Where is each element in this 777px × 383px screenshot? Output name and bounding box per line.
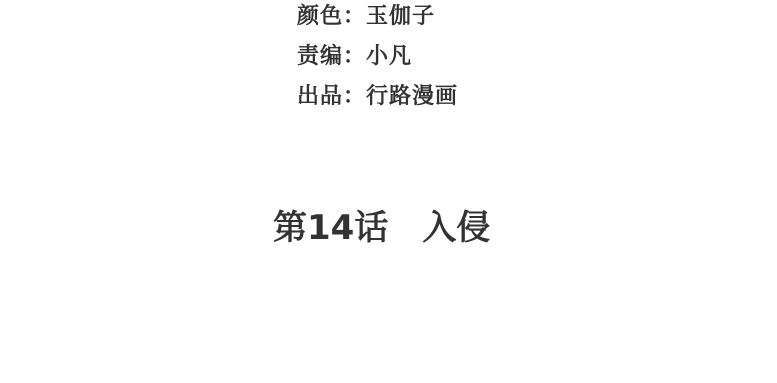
credit-separator: ： [343,44,366,69]
credit-label: 责编 [297,44,343,69]
credit-value: 小凡 [366,44,412,69]
credit-producer: 出品：行路漫画 [297,84,458,110]
credit-value: 玉伽子 [366,4,435,29]
chapter-number: 第14话 [273,208,388,248]
chapter-title: 第14话入侵 [273,207,490,249]
credit-label: 出品 [297,84,343,109]
credit-value: 行路漫画 [366,84,458,109]
chapter-name: 入侵 [422,208,490,248]
credit-color: 颜色：玉伽子 [297,4,435,30]
credit-editor: 责编：小凡 [297,44,412,70]
credit-separator: ： [343,84,366,109]
credit-separator: ： [343,4,366,29]
credit-label: 颜色 [297,4,343,29]
